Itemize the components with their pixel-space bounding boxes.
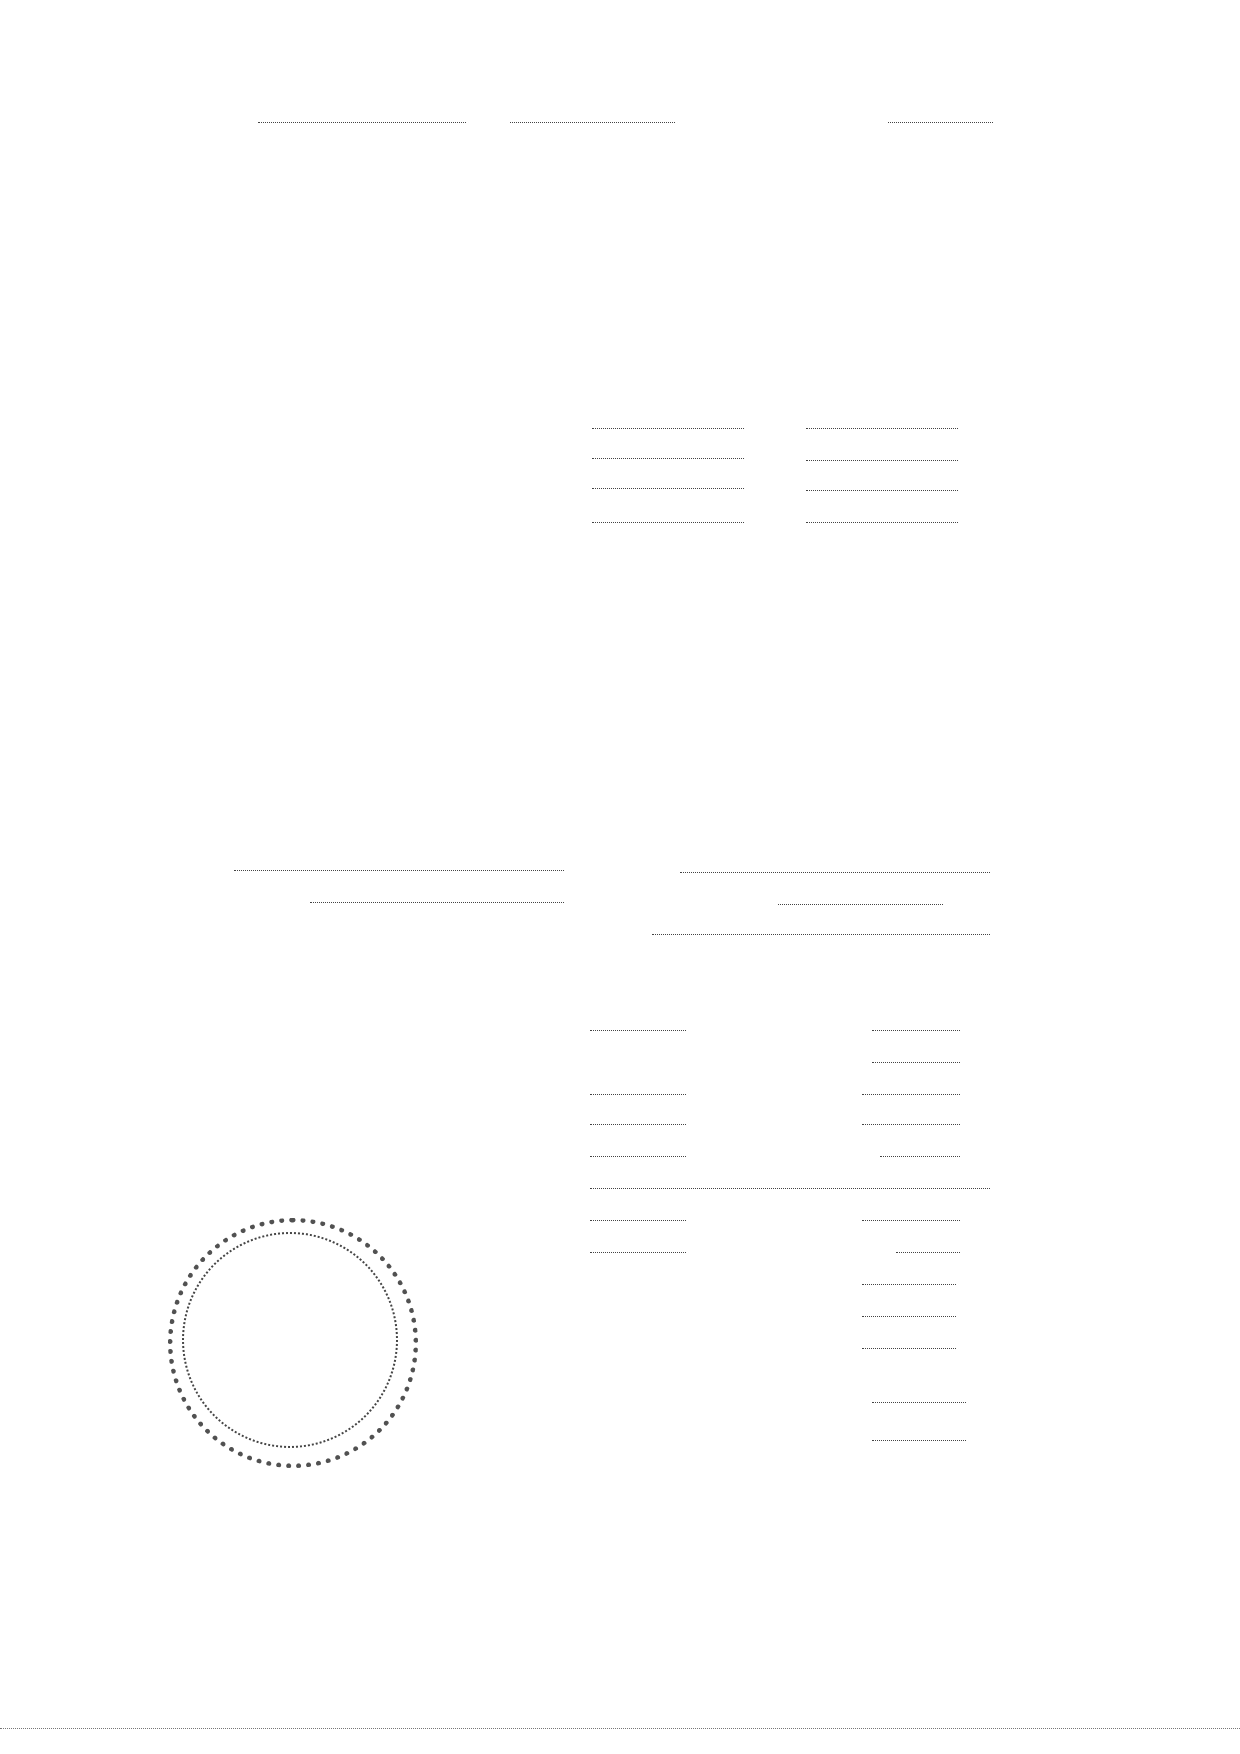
official-stamp-inner: [182, 1232, 398, 1448]
page-edge: [0, 1728, 1240, 1729]
